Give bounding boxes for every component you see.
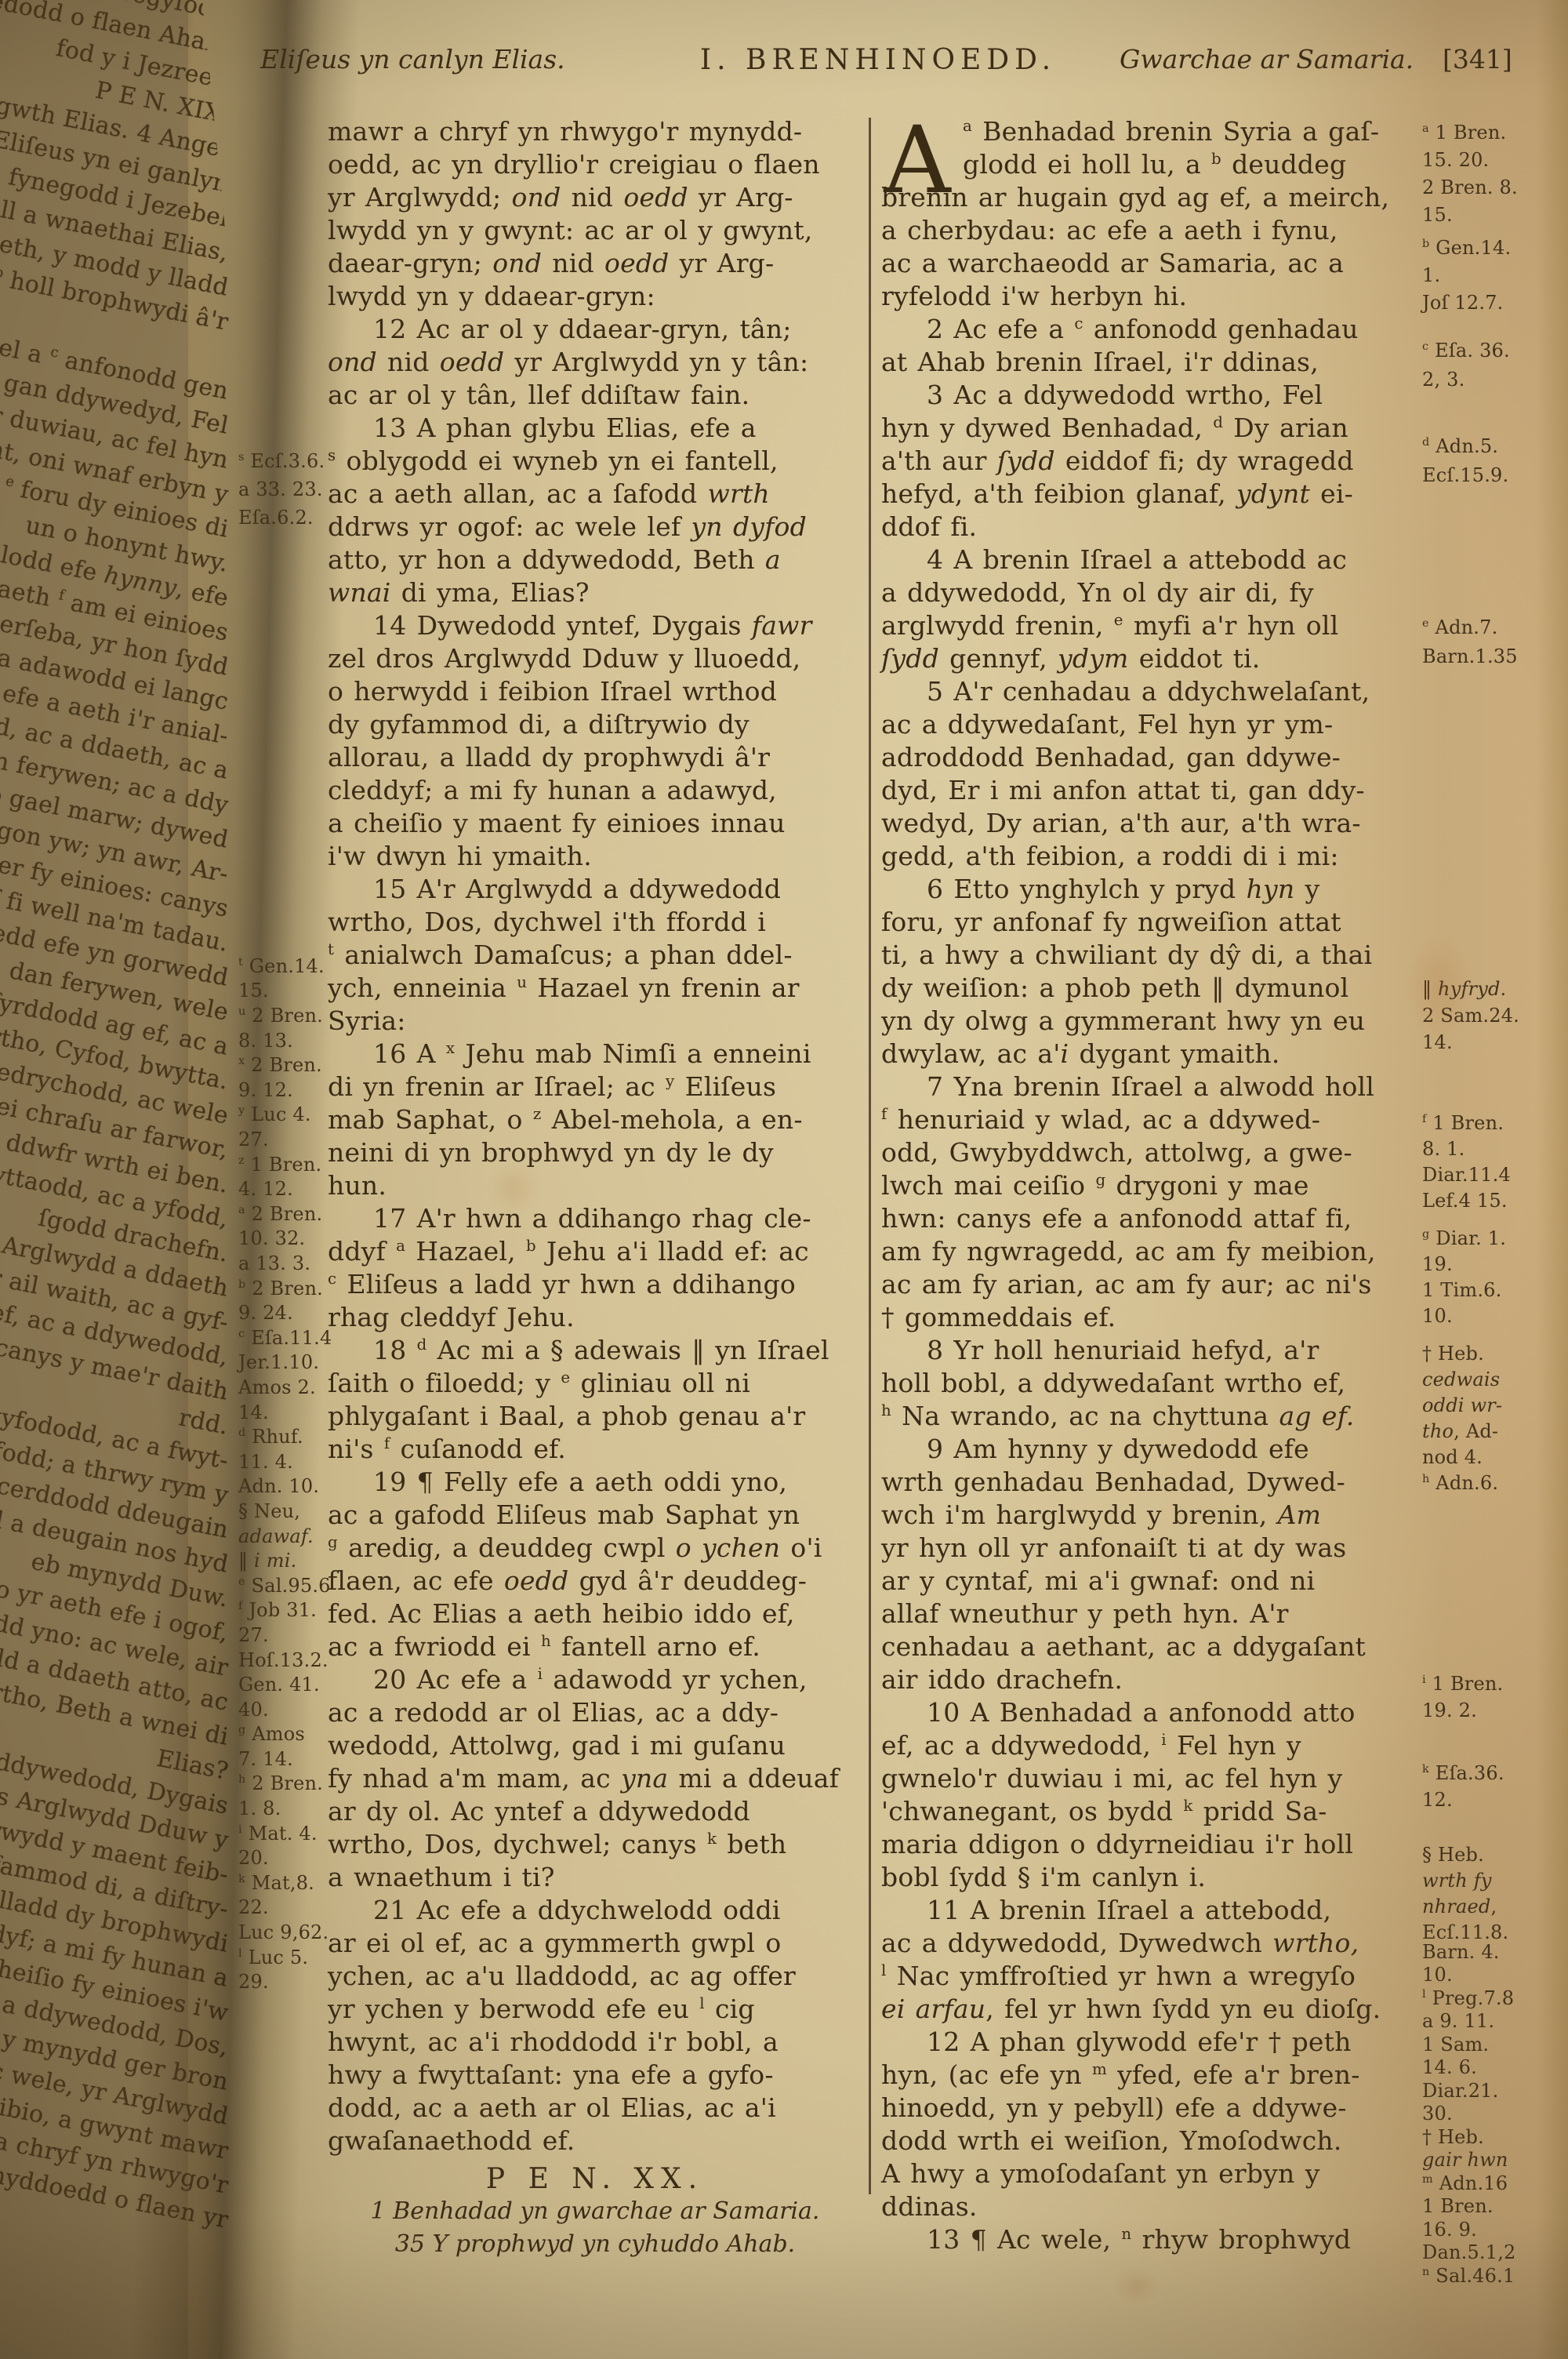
chapter-argument: 35 Y prophwyd yn cyhuddo Ahab. — [328, 2230, 862, 2263]
chapter-heading: P E N. XX. — [328, 2163, 862, 2196]
margin-note-line: 27. — [238, 1128, 329, 1153]
body-line: ac am fy arian, ac am fy aur; ac ni's — [881, 1269, 1371, 1302]
previous-page-bleed: gel yn cyſſuc efe a x wregyſodda redodd … — [0, 0, 276, 2359]
margin-note-line: † Heb. — [1422, 1341, 1565, 1367]
column-divider-rule — [869, 118, 871, 2194]
body-line: 7 Yna brenin Iſrael a alwodd holl — [881, 1071, 1374, 1104]
body-line: wrtho, Dos, dychwel; canys k beth — [328, 1829, 786, 1862]
body-line: hinoedd, yn y pebyll) efe a ddywe- — [881, 2092, 1347, 2125]
margin-note-line: 30. — [1422, 2103, 1565, 2126]
body-line: dwylaw, ac a'i dygant ymaith. — [881, 1038, 1280, 1071]
margin-note-line: 2 Bren. 8. — [1422, 174, 1565, 202]
body-line: di yn frenin ar Iſrael; ac y Eliſeus — [328, 1071, 776, 1104]
body-line: hwn: canys efe a anfonodd attaf fi, — [881, 1203, 1352, 1236]
body-line: ſydd gennyf, ydym eiddot ti. — [881, 643, 1261, 676]
chapter-argument: 1 Benhadad yn gwarchae ar Samaria. — [328, 2197, 862, 2230]
body-line: 10 A Benhadad a anfonodd atto — [881, 1697, 1356, 1730]
body-line: wch i'm harglwydd y brenin, Am — [881, 1499, 1321, 1532]
margin-note-line: wrth fy — [1422, 1868, 1565, 1894]
margin-note-block: † Heb.cedwaisoddi wr-tho, Ad-nod 4.h Adn… — [1422, 1341, 1565, 1496]
body-line: 20 Ac efe a i adawodd yr ychen, — [328, 1664, 808, 1697]
margin-note-line: 2, 3. — [1422, 365, 1565, 394]
body-line: foru, yr anfonaf fy ngweiſion attat — [881, 907, 1341, 940]
margin-note-line: 14. 6. — [1422, 2056, 1565, 2080]
body-line: at Ahab brenin Iſrael, i'r ddinas, — [881, 347, 1319, 380]
body-line: lwch mai ceiſio g drygoni y mae — [881, 1170, 1309, 1203]
body-line: air iddo drachefn. — [881, 1664, 1123, 1697]
margin-note-line: 1 Tim.6. — [1422, 1278, 1565, 1303]
body-line: 13 A phan glybu Elias, efe a — [328, 413, 757, 445]
margin-note-line: Gen. 41. — [238, 1673, 329, 1698]
margin-note-line: tho, Ad- — [1422, 1419, 1565, 1445]
body-line: a ddywedodd, Yn ol dy air di, fy — [881, 577, 1314, 610]
body-line: mawr a chryf yn rhwygo'r mynydd- — [328, 116, 802, 149]
margin-note-line: e Sal.95.6 — [238, 1574, 329, 1599]
margin-note-line: 16. 9. — [1422, 2219, 1565, 2242]
margin-note-line: 1. — [1422, 262, 1565, 289]
margin-note-line: Hoſ.13.2. — [238, 1648, 329, 1674]
body-line: wrtho, Dos, dychwel i'th ffordd i — [328, 907, 766, 940]
margin-note-line: gair hwn — [1422, 2149, 1565, 2172]
body-line: ac a ddywedaſant, Fel hyn yr ym- — [881, 709, 1333, 742]
body-line: lwydd yn y gwynt: ac ar ol y gwynt, — [328, 215, 813, 248]
margin-note-line: 10. 32. — [238, 1227, 329, 1252]
margin-note-block: f 1 Bren.8. 1.Diar.11.4Lef.4 15. — [1422, 1110, 1565, 1214]
margin-note-line: d Rhuf. — [238, 1425, 329, 1450]
margin-note-line: a 13. 3. — [238, 1252, 329, 1277]
body-line: 13 ¶ Ac wele, n rhyw brophwyd — [881, 2224, 1351, 2257]
body-line: gwnelo'r duwiau i mi, ac fel hyn y — [881, 1763, 1342, 1796]
body-line: 12 Ac ar ol y ddaear-gryn, tân; — [328, 314, 792, 347]
running-header-title: I. BRENHINOEDD. — [643, 44, 1113, 76]
margin-note-line: c Eſa.11.4 — [238, 1326, 329, 1351]
margin-note-block: Barn. 4.10.l Preg.7.8a 9. 11.1 Sam.14. 6… — [1422, 1941, 1565, 2288]
body-line: 12 A phan glywodd efe'r † peth — [881, 2026, 1352, 2059]
body-line: ar dy ol. Ac yntef a ddywedodd — [328, 1796, 750, 1829]
margin-note-line: ‖ hyfryd. — [1422, 976, 1565, 1002]
margin-note-line: Diar.11.4 — [1422, 1162, 1565, 1188]
margin-note-line: n Sal.46.1 — [1422, 2265, 1565, 2288]
body-line: mab Saphat, o z Abel-mehola, a en- — [328, 1104, 803, 1137]
margin-note-block: a 1 Bren.15. 20.2 Bren. 8.15. — [1422, 119, 1565, 229]
body-line: 5 A'r cenhadau a ddychwelaſant, — [881, 676, 1370, 709]
margin-note-line: 20. — [238, 1846, 329, 1871]
margin-note-line: t Gen.14. — [238, 954, 329, 980]
margin-note-line: cedwais — [1422, 1367, 1565, 1393]
body-line: ddrws yr ogof: ac wele lef yn dyfod — [328, 511, 807, 544]
body-line: a wnaethum i ti? — [328, 1862, 555, 1895]
margin-note-line: Eſa.6.2. — [238, 503, 329, 532]
previous-page-text: gel yn cyſſuc efe a x wregyſodda redodd … — [0, 0, 227, 2241]
body-line: ni's f cuſanodd ef. — [328, 1434, 566, 1467]
body-line: ei arfau, fel yr hwn ſydd yn eu dioſg. — [881, 1994, 1381, 2026]
body-line: odd, Gwybyddwch, attolwg, a gwe- — [881, 1137, 1352, 1170]
body-line: gedd, a'th feibion, a roddi di i mi: — [881, 841, 1339, 874]
margin-note-line: b 2 Bren. — [238, 1277, 329, 1302]
body-line: 3 Ac a ddywedodd wrtho, Fel — [881, 380, 1323, 413]
margin-note-line: 8. 1. — [1422, 1136, 1565, 1162]
margin-note-line: Lef.4 15. — [1422, 1188, 1565, 1214]
margin-note-line: Jer.1.10. — [238, 1350, 329, 1376]
margin-note-line: z 1 Bren. — [238, 1153, 329, 1178]
body-line: holl bobl, a ddywedaſant wrtho ef, — [881, 1368, 1345, 1401]
margin-note-line: g Diar. 1. — [1422, 1226, 1565, 1252]
body-line: bobl ſydd § i'm canlyn i. — [881, 1862, 1206, 1895]
body-line: a'th aur ſydd eiddof fi; dy wragedd — [881, 445, 1354, 478]
body-line: dodd, ac a aeth ar ol Elias, ac a'i — [328, 2092, 776, 2125]
margin-note-block: t Gen.14.15.u 2 Bren.8. 13.x 2 Bren.9. 1… — [238, 954, 329, 1995]
margin-note-block: i 1 Bren.19. 2. — [1422, 1670, 1565, 1724]
body-line: ſaith o filoedd; y e gliniau oll ni — [328, 1368, 750, 1401]
body-line: ti, a hwy a chwiliant dy dŷ di, a thai — [881, 940, 1372, 972]
margin-note-line: 15. — [1422, 202, 1565, 229]
body-line: 19 ¶ Felly efe a aeth oddi yno, — [328, 1467, 787, 1499]
body-line: dodd wrth ei weiſion, Ymoſodwch. — [881, 2125, 1342, 2158]
body-line: 4 A brenin Iſrael a attebodd ac — [881, 544, 1347, 577]
margin-note-line: § Heb. — [1422, 1842, 1565, 1868]
body-line: ac a aeth allan, ac a ſafodd wrth — [328, 478, 770, 511]
body-line: wnai di yma, Elias? — [328, 577, 590, 610]
body-line: brenin ar hugain gyd ag ef, a meirch, — [881, 182, 1389, 215]
margin-note-line: b Gen.14. — [1422, 234, 1565, 262]
body-line: ddinas. — [881, 2191, 978, 2224]
margin-note-line: u 2 Bren. — [238, 1004, 329, 1029]
body-line: hyn y dywed Benhadad, d Dy arian — [881, 413, 1348, 445]
body-line: yr Arglwydd; ond nid oedd yr Arg- — [328, 182, 793, 215]
margin-note-line: 27. — [238, 1623, 329, 1648]
body-line: † gommeddais ef. — [881, 1302, 1116, 1335]
margin-note-line: 29. — [238, 1970, 329, 1995]
margin-note-line: 14. — [1422, 1029, 1565, 1056]
body-line: maria ddigon o ddyrneidiau i'r holl — [881, 1829, 1353, 1862]
margin-note-line: a 9. 11. — [1422, 2010, 1565, 2034]
margin-note-line: § Neu, — [238, 1499, 329, 1525]
margin-note-line: Adn. 10. — [238, 1474, 329, 1499]
margin-note-line: 7. 14. — [238, 1747, 329, 1772]
margin-note-line: 9. 24. — [238, 1301, 329, 1326]
body-line: hefyd, a'th feibion glanaf, ydynt ei- — [881, 478, 1353, 511]
body-line: 15 A'r Arglwydd a ddywedodd — [328, 874, 781, 907]
body-line: g aredig, a deuddeg cwpl o ychen o'i — [328, 1532, 822, 1565]
body-line: 17 A'r hwn a ddihango rhag cle- — [328, 1203, 811, 1236]
margin-note-line: 1 Sam. — [1422, 2034, 1565, 2057]
margin-note-block: s Ecſ.3.6.a 33. 23.Eſa.6.2. — [238, 447, 329, 532]
body-line: 16 A x Jehu mab Nimſi a enneini — [328, 1038, 811, 1071]
margin-note-line: Barn.1.35 — [1422, 642, 1565, 671]
body-line: a cherbydau: ac efe a aeth i fynu, — [881, 215, 1338, 248]
margin-note-line: k Eſa.36. — [1422, 1760, 1565, 1787]
body-line: i'w dwyn hi ymaith. — [328, 841, 592, 874]
body-line: atto, yr hon a ddywedodd, Beth a — [328, 544, 781, 577]
margin-note-line: m Adn.16 — [1422, 2172, 1565, 2196]
body-line: 9 Am hynny y dywedodd efe — [881, 1434, 1309, 1467]
body-line: lwydd yn y ddaear-gryn: — [328, 281, 655, 314]
margin-note-line: 8. 13. — [238, 1029, 329, 1054]
drop-cap: A — [881, 119, 953, 213]
margin-note-line: h 2 Bren. — [238, 1772, 329, 1797]
body-line: ac a gafodd Eliſeus mab Saphat yn — [328, 1499, 800, 1532]
body-line: a cheiſio y maent fy einioes innau — [328, 808, 786, 841]
body-line: ond nid oedd yr Arglwydd yn y tân: — [328, 347, 808, 380]
body-line: wedodd, Attolwg, gad i mi guſanu — [328, 1730, 786, 1763]
body-line: phlygaſant i Baal, a phob genau a'r — [328, 1401, 805, 1434]
margin-note-line: Amos 2. — [238, 1376, 329, 1401]
body-line: adroddodd Benhadad, gan ddywe- — [881, 742, 1341, 775]
margin-note-block: e Adn.7.Barn.1.35 — [1422, 613, 1565, 671]
margin-note-line: 1 Bren. — [1422, 2195, 1565, 2219]
margin-note-line: Barn. 4. — [1422, 1941, 1565, 1965]
margin-note-line: Luc 9,62. — [238, 1921, 329, 1946]
body-line: arglwydd frenin, e myfi a'r hyn oll — [881, 610, 1338, 643]
body-line: oedd, ac yn dryllio'r creigiau o flaen — [328, 149, 820, 182]
margin-note-line: f Job 31. — [238, 1598, 329, 1623]
body-line: ac a ddywedodd, Dywedwch wrtho, — [881, 1928, 1359, 1961]
margin-note-line: l Luc 5. — [238, 1946, 329, 1971]
body-line: l Nac ymffroſtied yr hwn a wregyſo — [881, 1961, 1356, 1994]
body-line: fed. Ac Elias a aeth heibio iddo ef, — [328, 1598, 795, 1631]
body-line: ef, ac a ddywedodd, i Fel hyn y — [881, 1730, 1301, 1763]
margin-note-line: 10. — [1422, 1303, 1565, 1329]
margin-note-line: 14. — [238, 1401, 329, 1426]
margin-note-line: adawaf. — [238, 1525, 329, 1550]
body-line: allaf wneuthur y peth hyn. A'r — [881, 1598, 1289, 1631]
margin-note-line: y Luc 4. — [238, 1103, 329, 1128]
margin-note-block: g Diar. 1.19.1 Tim.6.10. — [1422, 1226, 1565, 1329]
body-line: dyd, Er i mi anfon attat ti, gan ddy- — [881, 775, 1365, 808]
margin-note-line: 12. — [1422, 1787, 1565, 1813]
margin-note-block: b Gen.14.1.Joſ 12.7. — [1422, 234, 1565, 317]
margin-note-line: e Adn.7. — [1422, 613, 1565, 642]
body-line: neini di yn brophwyd yn dy le dy — [328, 1137, 774, 1170]
body-line: hyn, (ac efe yn m yfed, efe a'r bren- — [881, 2059, 1360, 2092]
margin-note-line: l Preg.7.8 — [1422, 1987, 1565, 2011]
body-line: A hwy a ymoſodaſant yn erbyn y — [881, 2158, 1320, 2191]
margin-note-line: g Amos — [238, 1722, 329, 1747]
margin-note-line: h Adn.6. — [1422, 1470, 1565, 1496]
body-line: ac a warchaeodd ar Samaria, ac a — [881, 248, 1344, 281]
margin-note-line: 11. 4. — [238, 1450, 329, 1475]
body-line: t anialwch Damaſcus; a phan ddel- — [328, 940, 793, 972]
body-line: 11 A brenin Iſrael a attebodd, — [881, 1895, 1331, 1928]
body-line: 'chwanegant, os bydd k pridd Sa- — [881, 1796, 1327, 1829]
margin-note-line: i 1 Bren. — [1422, 1670, 1565, 1697]
body-line: o herwydd i feibion Iſrael wrthod — [328, 676, 777, 709]
body-line: ddof fi. — [881, 511, 977, 544]
margin-note-line: 10. — [1422, 1964, 1565, 1987]
body-line: Syria: — [328, 1005, 406, 1038]
margin-note-line: 9. 12. — [238, 1078, 329, 1103]
body-line: am fy ngwragedd, ac am fy meibion, — [881, 1236, 1376, 1269]
body-line: yr ychen y berwodd efe eu l cig — [328, 1994, 755, 2026]
body-line: yn dy olwg a gymmerant hwy yn eu — [881, 1005, 1365, 1038]
margin-note-line: 4. 12. — [238, 1177, 329, 1202]
body-line: allorau, a lladd dy prophwydi â'r — [328, 742, 770, 775]
margin-note-line: a 2 Bren. — [238, 1202, 329, 1227]
margin-note-line: 19. 2. — [1422, 1697, 1565, 1724]
margin-note-line: Joſ 12.7. — [1422, 289, 1565, 317]
margin-note-line: f 1 Bren. — [1422, 1110, 1565, 1136]
body-line: zel dros Arglwydd Dduw y lluoedd, — [328, 643, 800, 676]
body-line: a Benhadad brenin Syria a gaſ- — [881, 116, 1379, 149]
margin-note-line: oddi wr- — [1422, 1393, 1565, 1419]
body-line: ych, enneinia u Hazael yn frenin ar — [328, 972, 800, 1005]
body-line: fy nhad a'm mam, ac yna mi a ddeuaf — [328, 1763, 839, 1796]
body-line: ychen, ac a'u lladdodd, ac ag offer — [328, 1961, 796, 1994]
body-line: wrth genhadau Benhadad, Dywed- — [881, 1467, 1345, 1499]
margin-note-block: d Adn.5.Ecſ.15.9. — [1422, 432, 1565, 490]
body-line: 2 Ac efe a c anfonodd genhadau — [881, 314, 1359, 347]
margin-note-line: a 33. 23. — [238, 475, 329, 503]
body-line: dy weiſion: a phob peth ‖ dymunol — [881, 972, 1348, 1005]
margin-note-line: ‖ i mi. — [238, 1549, 329, 1574]
margin-note-line: d Adn.5. — [1422, 432, 1565, 461]
margin-note-line: Diar.21. — [1422, 2080, 1565, 2103]
body-line: ar ei ol ef, ac a gymmerth gwpl o — [328, 1928, 781, 1961]
margin-note-line: s Ecſ.3.6. — [238, 447, 329, 475]
margin-note-line: 19. — [1422, 1252, 1565, 1278]
body-line: s oblygodd ei wyneb yn ei fantell, — [328, 445, 779, 478]
body-line: 6 Etto ynghylch y pryd hyn y — [881, 874, 1319, 907]
margin-note-line: x 2 Bren. — [238, 1053, 329, 1078]
body-line: daear-gryn; ond nid oedd yr Arg- — [328, 248, 774, 281]
body-line: h Na wrando, ac na chyttuna ag ef. — [881, 1401, 1355, 1434]
body-line: 14 Dywedodd yntef, Dygais fawr — [328, 610, 812, 643]
margin-note-line: k Mat,8. — [238, 1871, 329, 1896]
margin-note-line: 40. — [238, 1698, 329, 1723]
body-line: yr hyn oll yr anfonaiſt ti at dy was — [881, 1532, 1346, 1565]
margin-note-block: § Heb.wrth fynhraed,Ecſ.11.8. — [1422, 1842, 1565, 1946]
margin-note-line: 1. 8. — [238, 1797, 329, 1822]
margin-note-line: nod 4. — [1422, 1445, 1565, 1470]
margin-note-line: † Heb. — [1422, 2126, 1565, 2150]
margin-note-block: ‖ hyfryd.2 Sam.24.14. — [1422, 976, 1565, 1056]
body-line: cleddyf; a mi fy hunan a adawyd, — [328, 775, 777, 808]
body-line: wedyd, Dy arian, a'th aur, a'th wra- — [881, 808, 1361, 841]
running-header-left: Eliſeus yn canlyn Elias. — [260, 44, 565, 75]
body-line: cenhadau a aethant, ac a ddygaſant — [881, 1631, 1366, 1664]
margin-note-line: 22. — [238, 1896, 329, 1921]
body-line: dy gyfammod di, a diſtrywio dy — [328, 709, 750, 742]
body-line: flaen, ac efe oedd gyd â'r deuddeg- — [328, 1565, 807, 1598]
body-line: hwynt, ac a'i rhoddodd i'r bobl, a — [328, 2026, 779, 2059]
body-line: ac ar ol y tân, llef ddiſtaw fain. — [328, 380, 750, 413]
body-line: 8 Yr holl henuriaid hefyd, a'r — [881, 1335, 1319, 1368]
body-line: ryfelodd i'w herbyn hi. — [881, 281, 1187, 314]
margin-note-block: k Eſa.36.12. — [1422, 1760, 1565, 1813]
running-header-right: Gwarchae ar Samaria. — [1120, 44, 1414, 75]
body-line: hwy a fwyttaſant: yna efe a gyfo- — [328, 2059, 774, 2092]
margin-note-line: nhraed, — [1422, 1894, 1565, 1920]
body-line: ac a fwriodd ei h fantell arno ef. — [328, 1631, 760, 1664]
margin-note-line: Dan.5.1,2 — [1422, 2241, 1565, 2265]
margin-note-line: a 1 Bren. — [1422, 119, 1565, 147]
margin-note-block: c Eſa. 36.2, 3. — [1422, 336, 1565, 394]
body-line: hun. — [328, 1170, 387, 1203]
margin-note-line: 15. — [238, 979, 329, 1004]
body-line: 21 Ac efe a ddychwelodd oddi — [328, 1895, 781, 1928]
body-line: ac a redodd ar ol Elias, ac a ddy- — [328, 1697, 779, 1730]
body-line: f henuriaid y wlad, ac a ddywed- — [881, 1104, 1320, 1137]
body-line: ddyf a Hazael, b Jehu a'i lladd ef: ac — [328, 1236, 809, 1269]
body-line: ar y cyntaf, mi a'i gwnaf: ond ni — [881, 1565, 1315, 1598]
body-line: 18 d Ac mi a § adewais ‖ yn Iſrael — [328, 1335, 829, 1368]
body-line: gwaſanaethodd ef. — [328, 2125, 575, 2158]
body-line: c Eliſeus a ladd yr hwn a ddihango — [328, 1269, 796, 1302]
margin-note-line: i Mat. 4. — [238, 1822, 329, 1847]
page-number: [341] — [1443, 44, 1512, 75]
body-line: rhag cleddyf Jehu. — [328, 1302, 575, 1335]
margin-note-line: 2 Sam.24. — [1422, 1002, 1565, 1029]
margin-note-line: 15. 20. — [1422, 147, 1565, 174]
margin-note-line: c Eſa. 36. — [1422, 336, 1565, 365]
margin-note-line: Ecſ.15.9. — [1422, 461, 1565, 490]
